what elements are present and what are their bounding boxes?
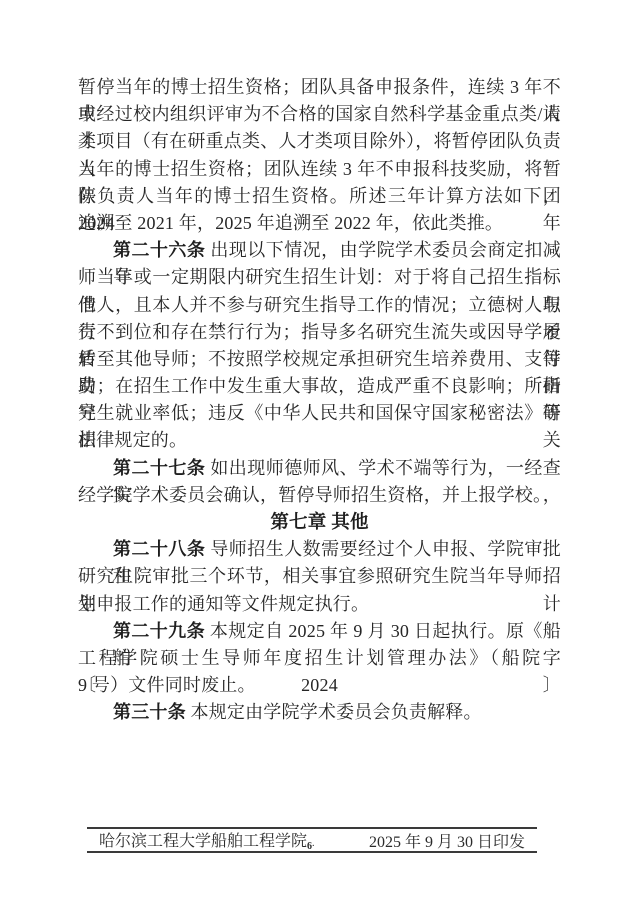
footer-print-date: 2025 年 9 月 30 日印发 [369,829,525,852]
text-line: 工程学院硕士生导师年度招生计划管理办法》（船院字〔2024〕 [78,645,561,672]
text-line: 行不到位和存在禁行行为；指导多名研究生流失或因导学矛盾等 [78,319,561,346]
document-body: 暂停当年的博士招生资格；团队具备申报条件，连续 3 年不申请或经过校内组织评审为… [78,74,561,727]
text-line: 队负责人当年的博士招生资格。所述三年计算方法如下，2024 年 [78,183,561,210]
text-line: 师当年或一定期限内研究生招生计划：对于将自己招生指标借与 [78,264,561,291]
line-text: 追溯至 2021 年，2025 年追溯至 2022 年，依此类推。 [78,213,503,233]
article-number: 第二十七条 [113,458,205,478]
article-number: 第二十九条 [113,621,205,641]
document-page: 暂停当年的博士招生资格；团队具备申报条件，连续 3 年不申请或经过校内组织评审为… [0,0,639,904]
text-line: 究生就业率低；违反《中华人民共和国保守国家秘密法》等相关 [78,400,561,427]
text-line: 或经过校内组织评审为不合格的国家自然科学基金重点类/人才 [78,101,561,128]
text-line: 当年的博士招生资格；团队连续 3 年不申报科技奖励，将暂停团 [78,156,561,183]
text-line: 第二十九条 本规定自 2025 年 9 月 30 日起执行。原《船舶 [78,618,561,645]
chapter-heading: 第七章 其他 [78,509,561,536]
text-line: 研究生院审批三个环节，相关事宜参照研究生院当年导师招生计 [78,563,561,590]
text-line: 转至其他导师；不按照学校规定承担研究生培养费用、支付助研 [78,346,561,373]
footer-issuer: 哈尔滨工程大学船舶工程学院6. [99,828,315,852]
line-text: 经学院学术委员会确认，暂停导师招生资格，并上报学校。 [78,485,551,505]
article-number: 第二十八条 [113,539,205,559]
text-line: 费；在招生工作中发生重大事故，造成严重不良影响；所指导研 [78,373,561,400]
article-number: 第二十六条 [113,240,205,260]
article-number: 第三十条 [113,702,186,722]
line-text: 划申报工作的通知等文件规定执行。 [78,594,369,614]
footer-issuer-text: 哈尔滨工程大学船舶工程学院 [99,833,307,850]
line-text: 本规定由学院学术委员会负责解释。 [186,702,482,722]
text-line: 暂停当年的博士招生资格；团队具备申报条件，连续 3 年不申请 [78,74,561,101]
line-text: 法律规定的。 [78,430,187,450]
text-line: 第二十八条 导师招生人数需要经过个人申报、学院审批和 [78,536,561,563]
page-footer: 哈尔滨工程大学船舶工程学院6. 2025 年 9 月 30 日印发 [87,827,537,853]
footer-page-dot: . [312,838,315,849]
text-line: 第二十六条 出现以下情况，由学院学术委员会商定扣减导 [78,237,561,264]
text-line: 类项目（有在研重点类、人才类项目除外），将暂停团队负责人 [78,128,561,155]
text-line: 经学院学术委员会确认，暂停导师招生资格，并上报学校。 [78,482,561,509]
text-line: 第三十条 本规定由学院学术委员会负责解释。 [78,699,561,726]
chapter-title: 第七章 其他 [270,513,368,533]
text-line: 追溯至 2021 年，2025 年追溯至 2022 年，依此类推。 [78,210,561,237]
text-line: 第二十七条 如出现师德师风、学术不端等行为，一经查实， [78,455,561,482]
text-line: 他人，且本人并不参与研究生指导工作的情况；立德树人职责履 [78,292,561,319]
line-text: 9 号）文件同时废止。 [78,675,256,695]
